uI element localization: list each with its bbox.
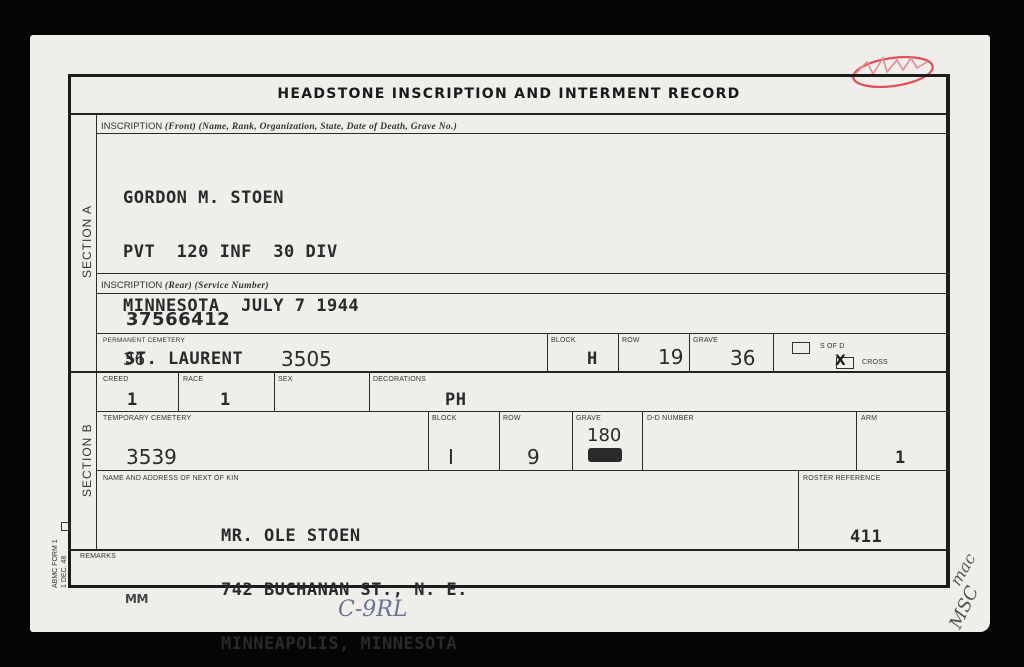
s-of-d-checkbox[interactable]	[792, 342, 810, 354]
divider	[97, 333, 950, 334]
temporary-cemetery-label: TEMPORARY CEMETERY	[103, 415, 191, 422]
decorations-label: DECORATIONS	[373, 376, 426, 383]
struck-out-grave-number	[588, 448, 622, 462]
divider	[547, 333, 548, 372]
permanent-block-value: H	[587, 350, 598, 368]
permanent-cemetery-value: ST. LAURENT	[125, 350, 243, 368]
section-a-b-divider	[68, 371, 97, 373]
s-of-d-label: S OF D	[820, 343, 845, 350]
inscription-rear-label-detail: (Rear) (Service Number)	[165, 281, 269, 291]
permanent-row-value: 19	[658, 345, 683, 369]
temporary-row-label: ROW	[503, 415, 521, 422]
form-id-line-2: 1 DEC. 48	[60, 539, 69, 588]
inscription-line-unit: PVT 120 INF 30 DIV	[123, 243, 359, 261]
divider	[428, 411, 429, 470]
title-divider	[68, 113, 950, 115]
inscription-front-label-text: INSCRIPTION	[101, 121, 162, 132]
race-value: 1	[220, 391, 231, 409]
permanent-row-label: ROW	[622, 337, 640, 344]
arm-label: ARM	[861, 415, 877, 422]
service-number: 37566412	[126, 311, 230, 329]
page-title: HEADSTONE INSCRIPTION AND INTERMENT RECO…	[68, 86, 950, 102]
divider	[97, 411, 950, 412]
decorations-value: PH	[445, 391, 466, 409]
divider	[97, 293, 950, 294]
temporary-grave-value: 180	[587, 425, 621, 446]
creed-label: CREED	[103, 376, 129, 383]
arm-value: 1	[895, 449, 906, 467]
temporary-block-label: BLOCK	[432, 415, 457, 422]
dd-number-label: D-D NUMBER	[647, 415, 694, 422]
form-id-line-1: ABMC FORM 1	[51, 539, 60, 588]
divider	[642, 411, 643, 470]
section-b-label: SECTION B	[80, 427, 94, 497]
section-column-divider	[96, 114, 97, 550]
divider	[97, 273, 950, 274]
divider	[97, 470, 950, 471]
divider	[798, 470, 799, 550]
next-of-kin-label: NAME AND ADDRESS OF NEXT OF KIN	[103, 475, 239, 482]
temporary-row-value: 9	[527, 445, 540, 469]
temporary-grave-label: GRAVE	[576, 415, 601, 422]
remarks-label: REMARKS	[80, 553, 116, 560]
divider	[618, 333, 619, 372]
permanent-cemetery-code: 3505	[281, 347, 332, 371]
inscription-line-name: GORDON M. STOEN	[123, 189, 359, 207]
inscription-rear-label: INSCRIPTION (Rear) (Service Number)	[101, 280, 269, 291]
permanent-grave-value: 36	[730, 346, 755, 370]
divider	[178, 372, 179, 411]
divider	[856, 411, 857, 470]
inscription-front-label: INSCRIPTION (Front) (Name, Rank, Organiz…	[101, 121, 457, 132]
form-id: ABMC FORM 1 1 DEC. 48	[51, 539, 69, 588]
temporary-cemetery-value: 3539	[126, 445, 177, 469]
sex-label: SEX	[278, 376, 293, 383]
next-of-kin-text: MR. OLE STOEN 742 BUCHANAN ST., N. E. MI…	[221, 491, 468, 667]
roster-reference-value: 411	[850, 528, 882, 546]
permanent-cemetery-label: PERMANENT CEMETERY	[103, 337, 185, 344]
roster-reference-label: ROSTER REFERENCE	[803, 475, 881, 482]
cross-label: CROSS	[862, 359, 888, 366]
race-label: RACE	[183, 376, 203, 383]
inscription-rear-label-text: INSCRIPTION	[101, 280, 162, 291]
next-of-kin-city: MINNEAPOLIS, MINNESOTA	[221, 635, 468, 653]
remarks-divider	[68, 549, 950, 551]
section-a-label: SECTION A	[80, 208, 94, 278]
creed-value: 1	[127, 391, 138, 409]
divider	[97, 133, 950, 134]
divider	[572, 411, 573, 470]
cross-checkbox[interactable]: X	[836, 357, 854, 369]
divider	[97, 371, 950, 373]
permanent-grave-label: GRAVE	[693, 337, 718, 344]
initials-stamp: MM	[125, 592, 148, 606]
next-of-kin-name: MR. OLE STOEN	[221, 527, 468, 545]
divider	[499, 411, 500, 470]
divider	[274, 372, 275, 411]
inscription-front-label-detail: (Front) (Name, Rank, Organization, State…	[165, 122, 457, 132]
permanent-block-label: BLOCK	[551, 337, 576, 344]
divider	[773, 333, 774, 372]
divider	[369, 372, 370, 411]
x-check-mark: X	[835, 353, 846, 369]
form-id-checkbox	[61, 522, 70, 531]
pencil-note-bottom: C-9RL	[338, 597, 407, 622]
temporary-block-value: I	[448, 445, 454, 469]
divider	[689, 333, 690, 372]
